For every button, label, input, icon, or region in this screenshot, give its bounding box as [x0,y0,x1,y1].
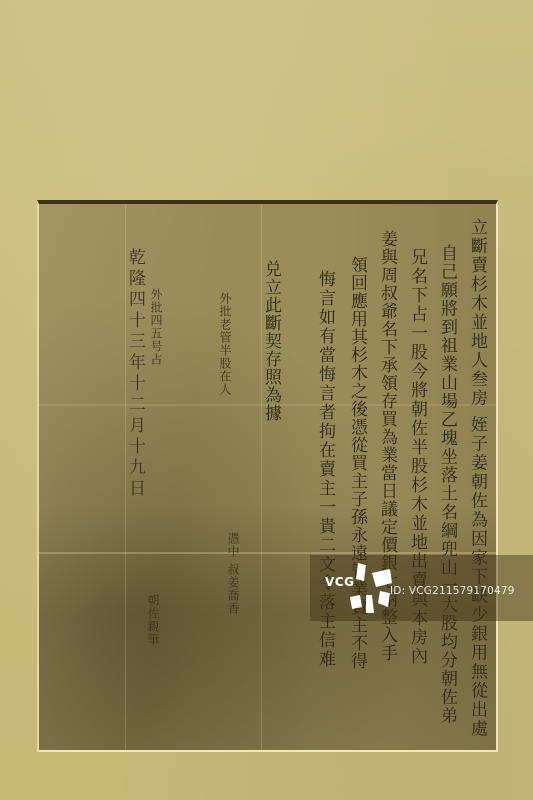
author-signature: 朝佐親筆 [143,594,163,646]
contract-document: 立斷賣杉木並地人叁房 姪子姜朝佐為因家下缺少銀用無從出處 自己願將到祖業山場乙塊… [37,200,498,752]
contract-text-column-1: 立斷賣杉木並地人叁房 姪子姜朝佐為因家下缺少銀用無從出處 [467,218,487,738]
vcg-logo-text: VCG [325,575,354,589]
side-annotation: 外批四五号占 [146,288,166,366]
watermark-id: ID: VCG211579170479 [390,585,515,597]
vcg-logo-icon [350,563,394,613]
contract-closing-line: 兑立此斷契存照為據 [261,260,281,422]
paper-fold-crease [39,552,496,554]
contract-date: 乾隆四十三年十二月十九日 [125,248,145,500]
contract-text-column-2: 自己願將到祖業山場乙塊坐落土名綱兜山一大股均分朝佐弟 [437,244,457,725]
vcg-watermark: VCG ID: VCG211579170479 [310,555,533,621]
side-annotation: 外批老管半股在人 [215,292,235,396]
witness-signature: 憑中 叔姜喬香 [223,532,243,615]
